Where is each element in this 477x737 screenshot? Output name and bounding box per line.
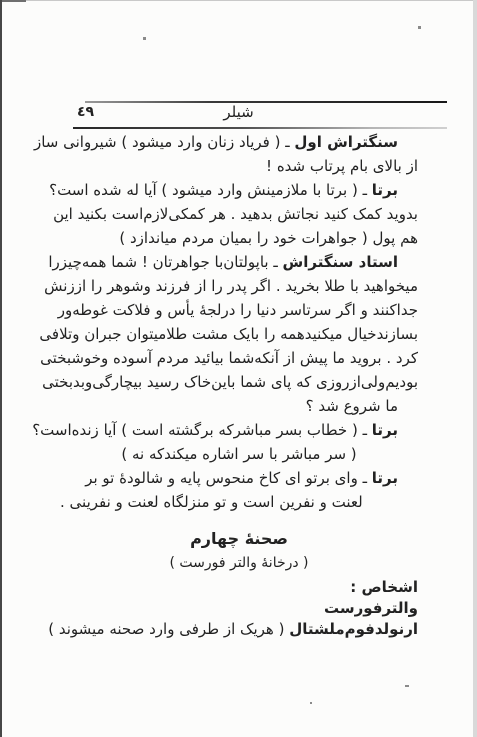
speaker-name: استاد سنگتراش: [283, 253, 398, 271]
dialog-text: کرد . بروید ما پیش از آنکه‌شما بیائید مر…: [40, 349, 418, 367]
header-rule-bottom: [73, 127, 447, 129]
text-line: میخواهید با طلا بخرید . اگر پدر را از فر…: [60, 274, 418, 298]
dialog-text: بودیم‌ولی‌ازروزی که پای شما باین‌خاک رسی…: [42, 373, 418, 391]
characters-list: والترفورستارنولدفوم‌ملشتال ( هریک از طرف…: [60, 598, 418, 640]
book-page: ٤٩ شیلر سنگتراش اول ـ ( فریاد زنان وارد …: [0, 0, 477, 737]
text-line: ( سر مباشر با سر اشاره میکندکه نه ): [60, 442, 418, 466]
character-name: ارنولدفوم‌ملشتال: [289, 620, 418, 638]
text-line: لعنت و نفرین است و تو منزلگاه لعنت و نفر…: [60, 490, 418, 514]
dialog-text: جداکنند و اگر سرتاسر دنیا را درلجهٔ یأس …: [58, 301, 418, 319]
character-row: ارنولدفوم‌ملشتال ( هریک از طرفی وارد صحن…: [60, 619, 418, 640]
character-name: والترفورست: [324, 599, 418, 617]
character-note: ( هریک از طرفی وارد صحنه میشوند ): [48, 620, 289, 638]
dialog-text: ( سر مباشر با سر اشاره میکندکه نه ): [121, 445, 356, 463]
dialog-text: ـ ( خطاب بسر مباشرکه برگشته است ) آیا زن…: [32, 421, 372, 439]
dialog-text: ـ باپولتان‌با جواهرتان ! شما همه‌چیزرا: [48, 253, 282, 271]
dialog-text: ـ ( فریاد زنان وارد میشود ) شیروانی ساز: [34, 133, 294, 151]
speaker-name: برتا: [372, 421, 398, 439]
text-line: برتا ـ وای برتو ای کاخ منحوس پایه و شالو…: [60, 466, 418, 490]
text-line: برتا ـ ( خطاب بسر مباشرکه برگشته است ) آ…: [60, 418, 418, 442]
dialog-text: میخواهید با طلا بخرید . اگر پدر را از فر…: [44, 277, 418, 295]
text-line: بدوید کمک کنید نجاتش بدهید . هر کمکی‌لاز…: [60, 202, 418, 226]
dialog-text: بسازندخیال میکنیدهمه را بایک مشت طلامیتو…: [39, 325, 418, 343]
running-title: شیلر: [0, 103, 477, 121]
text-line: بسازندخیال میکنیدهمه را بایک مشت طلامیتو…: [60, 322, 418, 346]
text-line: از بالای بام پرتاب شده !: [60, 154, 418, 178]
character-row: والترفورست: [60, 598, 418, 619]
text-line: برتا ـ ( برتا با ملازمینش وارد میشود ) آ…: [60, 178, 418, 202]
dialog-text: ـ ( برتا با ملازمینش وارد میشود ) آیا له…: [49, 181, 372, 199]
dialog-text: ـ وای برتو ای کاخ منحوس پایه و شالودهٔ ت…: [85, 469, 372, 487]
text-line: هم پول ( جواهرات خود را بمیان مردم میاند…: [60, 226, 418, 250]
scan-speck: [405, 685, 409, 687]
scan-speck: [310, 702, 312, 704]
dialog-lines: سنگتراش اول ـ ( فریاد زنان وارد میشود ) …: [60, 130, 418, 514]
dialog-text: ما شروع شد ؟: [306, 397, 398, 415]
text-block: سنگتراش اول ـ ( فریاد زنان وارد میشود ) …: [60, 130, 418, 640]
text-line: جداکنند و اگر سرتاسر دنیا را درلجهٔ یأس …: [60, 298, 418, 322]
speaker-name: سنگتراش اول: [294, 133, 398, 151]
text-line: ما شروع شد ؟: [60, 394, 418, 418]
characters-label: اشخاص :: [60, 576, 418, 598]
text-line: بودیم‌ولی‌ازروزی که پای شما باین‌خاک رسی…: [60, 370, 418, 394]
dialog-text: بدوید کمک کنید نجاتش بدهید . هر کمکی‌لاز…: [53, 205, 418, 223]
scan-edge-top-dark: [0, 0, 26, 2]
text-line: کرد . بروید ما پیش از آنکه‌شما بیائید مر…: [60, 346, 418, 370]
dialog-text: از بالای بام پرتاب شده !: [266, 157, 418, 175]
scan-speck: [418, 26, 421, 29]
scan-edge-top: [0, 0, 477, 1]
scan-speck: [143, 37, 146, 40]
text-line: سنگتراش اول ـ ( فریاد زنان وارد میشود ) …: [60, 130, 418, 154]
text-line: استاد سنگتراش ـ باپولتان‌با جواهرتان ! ش…: [60, 250, 418, 274]
dialog-text: هم پول ( جواهرات خود را بمیان مردم میاند…: [119, 229, 418, 247]
dialog-text: لعنت و نفرین است و تو منزلگاه لعنت و نفر…: [60, 493, 363, 511]
scene-location: ( درخانهٔ والتر فورست ): [60, 552, 418, 574]
scene-heading: صحنهٔ چهارم: [60, 526, 418, 552]
speaker-name: برتا: [372, 181, 398, 199]
speaker-name: برتا: [372, 469, 398, 487]
